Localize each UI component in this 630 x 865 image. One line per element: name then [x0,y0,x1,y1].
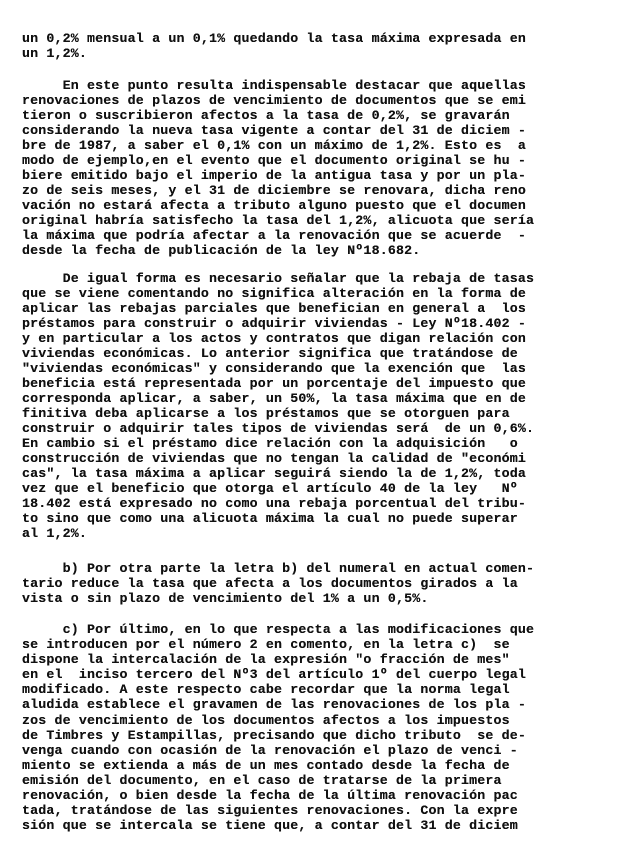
text-line: de Timbres y Estampillas, precisando que… [22,728,526,743]
text-line: zo de seis meses, y el 31 de diciembre s… [22,183,526,198]
text-line: vez que el beneficio que otorga el artíc… [22,481,518,496]
text-line: desde la fecha de publicación de la ley … [22,243,420,258]
text-line: tieron o suscribieron afectos a la tasa … [22,108,510,123]
text-line: se introducen por el número 2 en comento… [22,637,510,652]
text-line: "viviendas económicas" y considerando qu… [22,361,526,376]
text-line: 18.402 está expresado no como una rebaja… [22,496,526,511]
text-line: En cambio si el préstamo dice relación c… [22,436,518,451]
text-line: b) Por otra parte la letra b) del numera… [22,561,534,576]
text-line: un 0,2% mensual a un 0,1% quedando la ta… [22,31,526,46]
text-line: modificado. A este respecto cabe recorda… [22,682,510,697]
text-line: to sino que como una alicuota máxima la … [22,511,518,526]
text-line: corresponda aplicar, a saber, un 50%, la… [22,391,526,406]
text-line: vación no estará afecta a tributo alguno… [22,198,526,213]
text-line: al 1,2%. [22,526,87,541]
text-line: original habría satisfecho la tasa del 1… [22,213,534,228]
text-line: construir o adquirir tales tipos de vivi… [22,421,534,436]
text-line: venga cuando con ocasión de la renovació… [22,743,518,758]
text-line: aludida establece el gravamen de las ren… [22,697,526,712]
text-line: construcción de viviendas que no tengan … [22,451,526,466]
text-line: cas", la tasa máxima a aplicar seguirá s… [22,466,526,481]
text-line: viviendas económicas. Lo anterior signif… [22,346,518,361]
text-line: y en particular a los actos y contratos … [22,331,526,346]
text-line: la máxima que podría afectar a la renova… [22,228,526,243]
text-line: emisión del documento, en el caso de tra… [22,773,502,788]
text-line: renovación, o bien desde la fecha de la … [22,788,518,803]
text-line: miento se extienda a más de un mes conta… [22,758,510,773]
text-line: aplicar las rebajas parciales que benefi… [22,301,526,316]
text-line: vista o sin plazo de vencimiento del 1% … [22,591,428,606]
text-line: renovaciones de plazos de vencimiento de… [22,93,526,108]
text-line: bre de 1987, a saber el 0,1% con un máxi… [22,138,526,153]
text-line: tada, tratándose de las siguientes renov… [22,803,518,818]
text-line: sión que se intercala se tiene que, a co… [22,818,518,833]
text-line: préstamos para construir o adquirir vivi… [22,316,526,331]
text-line: considerando la nueva tasa vigente a con… [22,123,526,138]
text-line: en el inciso tercero del Nº3 del artícul… [22,667,526,682]
text-line: En este punto resulta indispensable dest… [22,78,526,93]
text-line: que se viene comentando no significa alt… [22,286,526,301]
text-line: De igual forma es necesario señalar que … [22,271,534,286]
text-line: tario reduce la tasa que afecta a los do… [22,576,518,591]
text-line: modo de ejemplo,en el evento que el docu… [22,153,526,168]
text-line: biere emitido bajo el imperio de la anti… [22,168,526,183]
text-line: finitiva deba aplicarse a los préstamos … [22,406,510,421]
text-line: c) Por último, en lo que respecta a las … [22,622,534,637]
text-line: beneficia está representada por un porce… [22,376,526,391]
text-line: zos de vencimiento de los documentos afe… [22,713,510,728]
text-line: dispone la intercalación de la expresión… [22,652,510,667]
text-line: un 1,2%. [22,46,87,61]
